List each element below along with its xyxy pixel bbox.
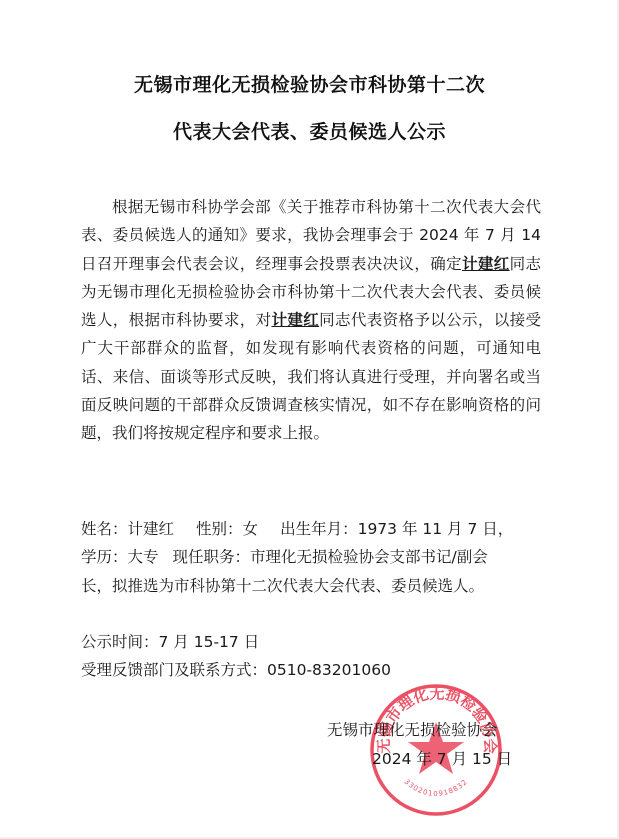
education-label: 学历： [81,548,128,566]
position-label: 现任职务： [173,548,251,566]
document-title-line-2: 代表大会代表、委员候选人公示 [0,117,619,144]
publicity-period: 公示时间：7 月 15-17 日 [81,628,541,656]
contact-label: 受理反馈部门及联系方式： [81,661,267,679]
svg-text:3302010918832: 3302010918832 [403,778,470,798]
document-page: 无锡市理化无损检验协会市科协第十二次 代表大会代表、委员候选人公示 根据无锡市科… [0,0,619,839]
education-value: 大专 [128,548,159,566]
announcement-paragraph: 根据无锡市科协学会部《关于推荐市科协第十二次代表大会代表、委员候选人的通知》要求… [81,193,541,448]
position-value: 市理化无损检验协会支部书记/副会 [250,548,488,566]
gender-value: 女 [243,520,259,538]
signature-date: 2024 年 7 月 15 日 [372,745,512,773]
period-value: 7 月 15-17 日 [159,633,260,651]
candidate-name-highlight: 计建红 [271,311,319,329]
gender-label: 性别： [196,520,243,538]
signature-organization: 无锡市理化无损检验协会 [327,716,498,744]
candidate-info-row-1: 姓名：计建红性别：女出生年月：1973 年 11 月 7 日， [81,515,541,543]
candidate-info-row-3: 长，拟推选为市科协第十二次代表大会代表、委员候选人。 [81,572,541,600]
candidate-info-row-2: 学历：大专现任职务：市理化无损检验协会支部书记/副会 [81,543,541,571]
birth-label: 出生年月： [280,520,358,538]
contact-info: 受理反馈部门及联系方式：0510-83201060 [81,656,541,684]
period-label: 公示时间： [81,633,159,651]
candidate-info: 姓名：计建红性别：女出生年月：1973 年 11 月 7 日， 学历：大专现任职… [81,515,541,600]
publicity-info: 公示时间：7 月 15-17 日 受理反馈部门及联系方式：0510-832010… [81,628,541,685]
candidate-name-highlight: 计建红 [462,255,510,273]
contact-phone: 0510-83201060 [267,661,391,679]
document-title-line-1: 无锡市理化无损检验协会市科协第十二次 [0,70,619,97]
name-label: 姓名： [81,520,128,538]
paragraph-text-3: 同志代表资格予以公示，以接受广大干部群众的监督，如发现有影响代表资格的问题，可通… [81,311,541,442]
birth-value: 1973 年 11 月 7 日， [358,520,514,538]
name-value: 计建红 [128,520,175,538]
